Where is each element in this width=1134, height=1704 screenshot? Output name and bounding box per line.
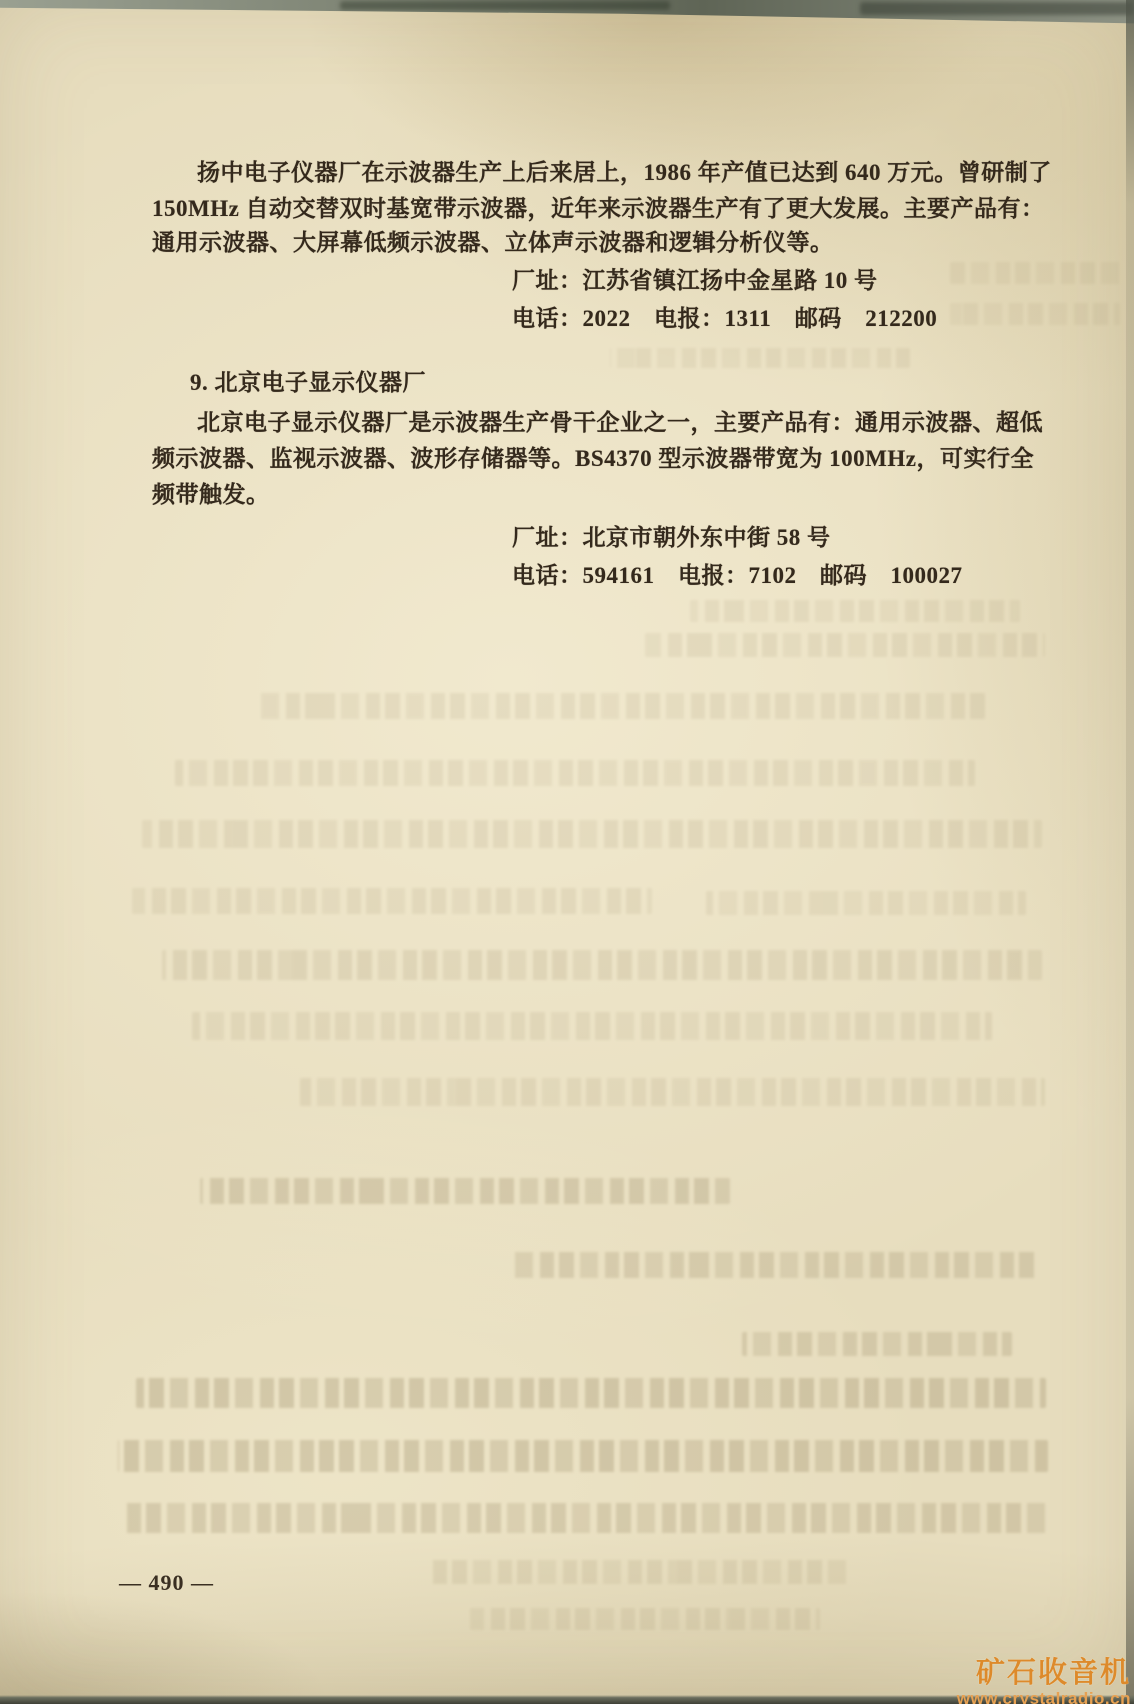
bleed-through-line xyxy=(162,950,1042,980)
page-number: — 490 — xyxy=(119,1570,214,1596)
bleed-through-line xyxy=(175,760,975,786)
bleed-through-line xyxy=(300,1078,1045,1106)
bleed-through-line xyxy=(690,600,1020,622)
bleed-through-line xyxy=(742,1332,1012,1356)
bleed-through-line xyxy=(200,1178,730,1204)
bleed-through-line xyxy=(645,633,1045,657)
bleed-through-line xyxy=(706,891,1026,915)
scanner-edge-right xyxy=(1126,0,1134,1704)
para-line-beijing-2: 频示波器、监视示波器、波形存储器等。BS4370 型示波器带宽为 100MHz，… xyxy=(152,444,1034,474)
bleed-through-line xyxy=(950,262,1120,284)
address-line-beijing: 厂址：北京市朝外东中街 58 号 xyxy=(512,523,831,553)
bleed-through-line xyxy=(470,1608,820,1630)
scan-smudge xyxy=(860,2,1134,15)
para-line-beijing-1: 北京电子显示仪器厂是示波器生产骨干企业之一，主要产品有：通用示波器、超低 xyxy=(197,408,1043,438)
bleed-through-line xyxy=(255,693,985,719)
bleed-through-line xyxy=(142,820,1042,848)
watermark: 矿石收音机 www.crystalradio.cn xyxy=(957,1659,1131,1704)
watermark-site-name: 矿石收音机 xyxy=(957,1659,1131,1688)
watermark-site-url: www.crystalradio.cn xyxy=(957,1690,1131,1704)
para-line-beijing-3: 频带触发。 xyxy=(152,480,270,510)
section-heading-beijing: 9. 北京电子显示仪器厂 xyxy=(190,368,426,398)
address-line-yangzhong: 厂址：江苏省镇江扬中金星路 10 号 xyxy=(512,266,878,296)
phone-line-yangzhong: 电话：2022 电报：1311 邮码 212200 xyxy=(512,304,937,334)
para-line-yangzhong-2: 150MHz 自动交替双时基宽带示波器，近年来示波器生产有了更大发展。主要产品有… xyxy=(152,194,1045,224)
bleed-through-line xyxy=(950,303,1120,325)
para-line-yangzhong-1: 扬中电子仪器厂在示波器生产上后来居上，1986 年产值已达到 640 万元。曾研… xyxy=(197,158,1052,188)
scanned-book-page: 扬中电子仪器厂在示波器生产上后来居上，1986 年产值已达到 640 万元。曾研… xyxy=(0,0,1134,1704)
bleed-through-line xyxy=(192,1012,992,1040)
scan-smudge xyxy=(340,1,670,10)
bleed-through-line xyxy=(122,1503,1047,1533)
bleed-through-line xyxy=(136,1378,1046,1408)
bleed-through-line xyxy=(118,1440,1048,1472)
phone-line-beijing: 电话：594161 电报：7102 邮码 100027 xyxy=(512,561,963,591)
bleed-through-line xyxy=(132,888,652,914)
bleed-through-line xyxy=(610,348,910,368)
bleed-through-line xyxy=(430,1560,850,1584)
bleed-through-line xyxy=(512,1252,1037,1278)
scanner-edge-top xyxy=(0,0,1134,30)
para-line-yangzhong-3: 通用示波器、大屏幕低频示波器、立体声示波器和逻辑分析仪等。 xyxy=(152,228,834,258)
